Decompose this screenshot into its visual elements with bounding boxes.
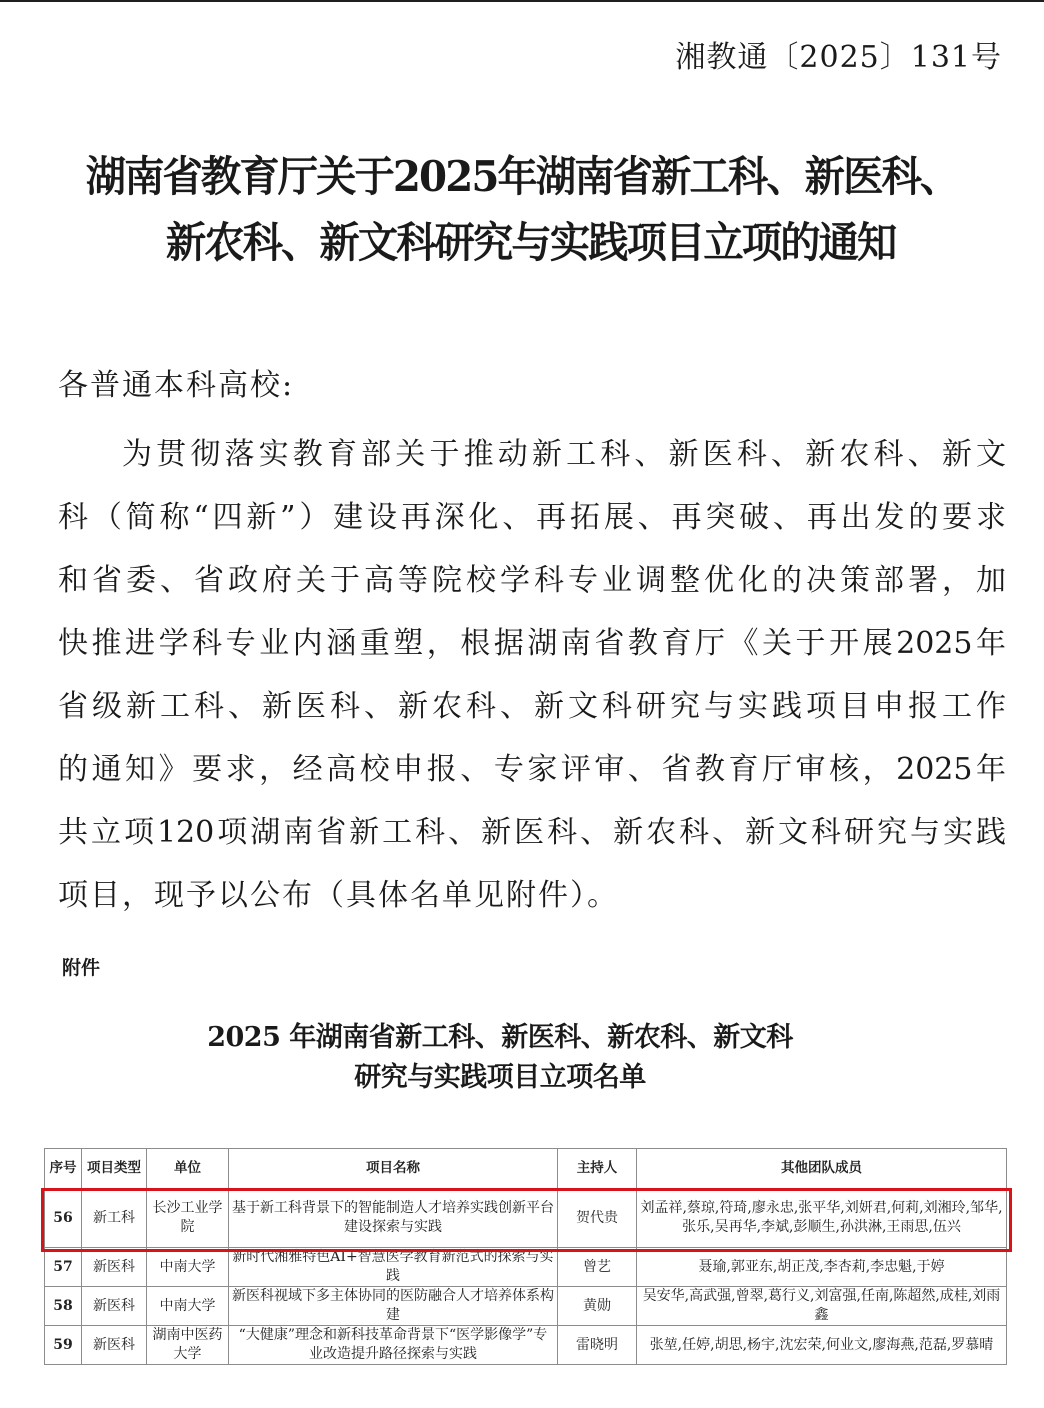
header-project-name: 项目名称 xyxy=(229,1149,558,1189)
cell-members: 吴安华,高武强,曾翠,葛行义,刘富强,任南,陈超然,成桂,刘雨鑫 xyxy=(637,1287,1007,1326)
cell-unit: 长沙工业学院 xyxy=(147,1189,229,1248)
cell-project-name: “大健康”理念和新科技革命背景下“医学影像学”专业改造提升路径探索与实践 xyxy=(229,1326,558,1365)
cell-type: 新医科 xyxy=(82,1326,147,1365)
cell-project-name: 新时代湘雅特色AI+智慧医学教育新范式的探索与实践 xyxy=(229,1248,558,1287)
body-line: 项目，现予以公布（具体名单见附件）。 xyxy=(58,864,1006,927)
cell-project-name: 基于新工科背景下的智能制造人才培养实践创新平台建设探索与实践 xyxy=(229,1189,558,1248)
body-line: 和省委、省政府关于高等院校学科专业调整优化的决策部署，加 xyxy=(58,549,1006,612)
attachment-title-line-1: 2025 年湖南省新工科、新医科、新农科、新文科 xyxy=(0,1018,1000,1058)
body-line: 快推进学科专业内涵重塑，根据湖南省教育厅《关于开展2025年 xyxy=(58,612,1006,675)
body-line: 的通知》要求，经高校申报、专家评审、省教育厅审核，2025年 xyxy=(58,738,1006,801)
document-title-line-1: 湖南省教育厅关于2025年湖南省新工科、新医科、 xyxy=(21,144,1023,210)
cell-unit: 湖南中医药大学 xyxy=(147,1326,229,1365)
header-seq: 序号 xyxy=(45,1149,82,1189)
cell-members: 刘孟祥,蔡琼,符琦,廖永忠,张平华,刘妍君,何莉,刘湘玲,邹华,张乐,吴再华,李… xyxy=(637,1189,1007,1248)
top-border-rule xyxy=(0,0,1044,2)
cell-leader: 黄勋 xyxy=(558,1287,637,1326)
cell-seq: 56 xyxy=(45,1189,82,1248)
header-members: 其他团队成员 xyxy=(637,1149,1007,1189)
table-row: 59 新医科 湖南中医药大学 “大健康”理念和新科技革命背景下“医学影像学”专业… xyxy=(45,1326,1007,1365)
body-line: 为贯彻落实教育部关于推动新工科、新医科、新农科、新文 xyxy=(58,423,1006,486)
cell-unit: 中南大学 xyxy=(147,1248,229,1287)
header-leader: 主持人 xyxy=(558,1149,637,1189)
table-header-row: 序号 项目类型 单位 项目名称 主持人 其他团队成员 xyxy=(45,1149,1007,1189)
document-number: 湘教通〔2025〕131号 xyxy=(675,32,1002,76)
cell-type: 新工科 xyxy=(82,1189,147,1248)
cell-leader: 贺代贵 xyxy=(558,1189,637,1248)
cell-leader: 雷晓明 xyxy=(558,1326,637,1365)
attachment-title: 2025 年湖南省新工科、新医科、新农科、新文科 研究与实践项目立项名单 xyxy=(0,1018,1000,1098)
body-paragraph: 为贯彻落实教育部关于推动新工科、新医科、新农科、新文 科（简称“四新”）建设再深… xyxy=(58,423,1006,927)
body-line: 省级新工科、新医科、新农科、新文科研究与实践项目申报工作 xyxy=(58,675,1006,738)
cell-unit: 中南大学 xyxy=(147,1287,229,1326)
project-list-table: 序号 项目类型 单位 项目名称 主持人 其他团队成员 56 新工科 长沙工业学院… xyxy=(44,1148,1007,1365)
salutation: 各普通本科高校: xyxy=(58,360,294,404)
body-line: 科（简称“四新”）建设再深化、再拓展、再突破、再出发的要求 xyxy=(58,486,1006,549)
cell-leader: 曾艺 xyxy=(558,1248,637,1287)
header-unit: 单位 xyxy=(147,1149,229,1189)
cell-members: 聂瑜,郭亚东,胡正茂,李杏莉,李忠魁,于婷 xyxy=(637,1248,1007,1287)
body-line: 共立项120项湖南省新工科、新医科、新农科、新文科研究与实践 xyxy=(58,801,1006,864)
table-row: 58 新医科 中南大学 新医科视域下多主体协同的医防融合人才培养体系构建 黄勋 … xyxy=(45,1287,1007,1326)
cell-project-name: 新医科视域下多主体协同的医防融合人才培养体系构建 xyxy=(229,1287,558,1326)
cell-members: 张堃,任婷,胡思,杨宇,沈宏荣,何业文,廖海燕,范磊,罗慕晴 xyxy=(637,1326,1007,1365)
attachment-title-line-2: 研究与实践项目立项名单 xyxy=(0,1058,1000,1098)
cell-type: 新医科 xyxy=(82,1287,147,1326)
cell-type: 新医科 xyxy=(82,1248,147,1287)
cell-seq: 57 xyxy=(45,1248,82,1287)
header-type: 项目类型 xyxy=(82,1149,147,1189)
cell-seq: 58 xyxy=(45,1287,82,1326)
table-row: 57 新医科 中南大学 新时代湘雅特色AI+智慧医学教育新范式的探索与实践 曾艺… xyxy=(45,1248,1007,1287)
cell-seq: 59 xyxy=(45,1326,82,1365)
attachment-label: 附件 xyxy=(62,953,100,980)
table-row: 56 新工科 长沙工业学院 基于新工科背景下的智能制造人才培养实践创新平台建设探… xyxy=(45,1189,1007,1248)
document-title: 湖南省教育厅关于2025年湖南省新工科、新医科、 新农科、新文科研究与实践项目立… xyxy=(21,144,1023,276)
document-title-line-2: 新农科、新文科研究与实践项目立项的通知 xyxy=(21,210,1023,276)
